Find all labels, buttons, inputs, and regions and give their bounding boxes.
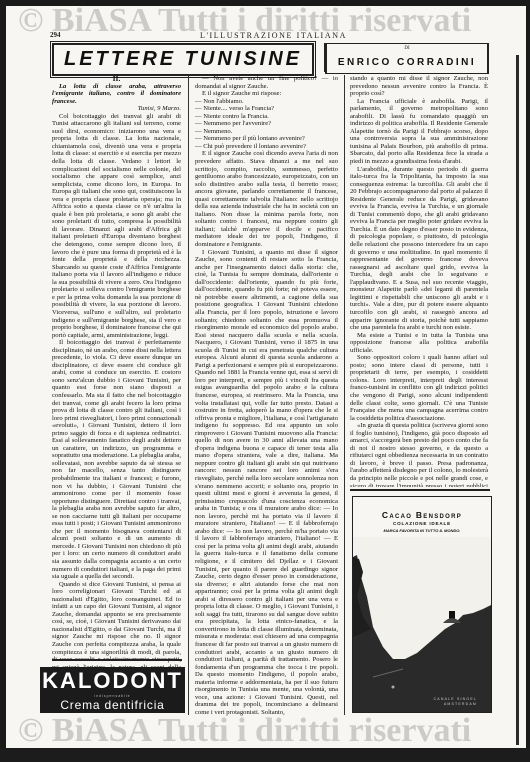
author-box: DI ENRICO CORRADINI xyxy=(325,43,489,74)
cacao-tagline: MARCA FAVORITA IN TUTTO IL MONDO. xyxy=(353,528,491,533)
kalodont-advertisement: KALODONT indispensabile Crema dentifrici… xyxy=(40,667,185,713)
article-column-2: — Non avete anche un fine politico? — io… xyxy=(195,75,338,716)
kalodont-brand: KALODONT xyxy=(40,668,185,694)
scan-border-bottom xyxy=(0,748,530,762)
canal-landscape-illustration xyxy=(353,537,491,712)
paragraph: Col boicottaggio dei tranvai gli arabi d… xyxy=(52,113,181,339)
paragraph: «In grazia di questa politica (scriveva … xyxy=(350,422,488,487)
dialogue-line: — Nemmeno per l'avvenire? xyxy=(195,120,338,128)
cacao-subtitle: COLAZIONE IDEALE xyxy=(353,521,491,526)
page-right-edge xyxy=(516,55,519,745)
paragraph: Sono oppositori coloro i quali hanno aff… xyxy=(350,354,488,422)
column-end-rule xyxy=(52,659,182,661)
cacao-bensdorp-advertisement: Cacao Bensdorp COLAZIONE IDEALE MARCA FA… xyxy=(352,496,492,713)
article-subtitle: La lotta di classe araba, attraverso l'e… xyxy=(52,83,181,106)
dateline: Tunisi, 9 Marzo. xyxy=(52,105,181,113)
paragraph: I Giovani Tunisini, a quanto mi disse il… xyxy=(195,249,338,717)
dialogue-line: — Niente.... verso la Francia? xyxy=(195,105,338,113)
magazine-title: L'ILLUSTRAZIONE ITALIANA xyxy=(200,31,347,40)
dialogue-line: — Nemmeno. xyxy=(195,128,338,136)
paragraph: E il signor Zauche così dicendo aveva l'… xyxy=(195,150,338,248)
author-name: ENRICO CORRADINI xyxy=(327,57,487,68)
cacao-credit: CANALE SINGEL AMSTERDAM xyxy=(434,697,477,707)
dialogue-line: — Nemmeno per il più lontano avvenire? xyxy=(195,135,338,143)
paragraph: La Francia ufficiale è arabofila. Parigi… xyxy=(350,98,488,166)
author-prefix: DI xyxy=(327,46,487,51)
paragraph: stando a quanto mi disse il signor Zauch… xyxy=(350,75,488,98)
paragraph: Il boicottaggio dei tranvai è perfettame… xyxy=(52,339,181,581)
dialogue-line: — Non l'abbiamo. xyxy=(195,98,338,106)
article-column-3: stando a quanto mi disse il signor Zauch… xyxy=(350,75,488,487)
paragraph: L'arabofilia, durante questo periodo di … xyxy=(350,166,488,332)
column-divider xyxy=(344,75,345,715)
paragraph: E il signor Zauche mi rispose: xyxy=(195,90,338,98)
cacao-credit-line-2: AMSTERDAM xyxy=(434,702,477,707)
copyright-watermark-bottom: © BiASA Tutti i diritti riservati xyxy=(18,712,471,750)
dialogue-line: — Niente contro la Francia. xyxy=(195,113,338,121)
article-column-1: II. La lotta di classe araba, attraverso… xyxy=(52,75,181,701)
article-title: LETTERE TUNISINE xyxy=(54,48,312,71)
page-number: 294 xyxy=(50,31,61,39)
article-title-box: LETTERE TUNISINE xyxy=(52,43,314,76)
running-head: 294 L'ILLUSTRAZIONE ITALIANA xyxy=(50,31,490,41)
title-ornament-divider xyxy=(312,43,326,72)
column-end-rule xyxy=(350,489,490,491)
paragraph: — Non avete anche un fine politico? — io… xyxy=(195,75,338,90)
section-number: II. xyxy=(52,75,181,83)
column-divider xyxy=(188,75,189,715)
dialogue-line: — Chi può prevedere il lontano avvenire? xyxy=(195,143,338,151)
paragraph: Ma esiste a Tunisi e in tutta la Tunisia… xyxy=(350,332,488,355)
cacao-brand: Cacao Bensdorp xyxy=(353,510,491,520)
kalodont-product: Crema dentifricia xyxy=(40,698,185,712)
